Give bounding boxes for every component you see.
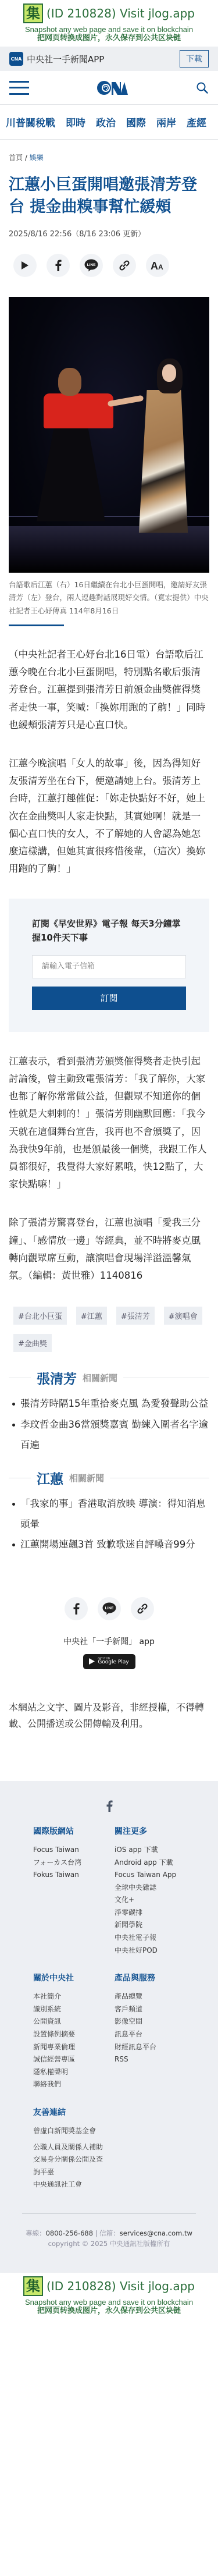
svg-text:LINE: LINE — [105, 1606, 113, 1610]
line-share-button[interactable]: LINE — [98, 1597, 121, 1620]
bottom-share-toolbar: LINE — [9, 1597, 209, 1620]
app-promo-text: 中央社「一手新聞」 app — [9, 1635, 209, 1647]
footer-link[interactable]: 全球中央雜誌 — [115, 1882, 196, 1894]
jlog-banner-bottom: 集 (ID 210828) Visit jlog.app Snapshot an… — [0, 2273, 218, 2319]
footer-col-about: 關於中央社 本社簡介 識別系統 公開資訊 設置條例摘要 新聞專業倫理 誠信經營專… — [33, 1972, 115, 2091]
footer-link[interactable]: Focus Taiwan App — [115, 1869, 196, 1882]
nav-item-realtime[interactable]: 即時 — [66, 115, 85, 129]
article-paragraph: 江蕙今晚演唱「女人的故事」後，因為得知好友張清芳坐在台下，便邀請她上台。張清芳上… — [9, 755, 209, 878]
tag[interactable]: #張清芳 — [116, 1307, 155, 1325]
gplay-big-text: Google Play — [98, 1660, 128, 1665]
footer-col-title: 友善連結 — [33, 2106, 103, 2118]
copy-link-button[interactable] — [113, 254, 136, 277]
site-footer: 國際版網站 Focus Taiwan フォーカス台湾 Fokus Taiwan … — [0, 1781, 218, 2273]
related-item[interactable]: 張清芳時隔15年重拾麥克風 為愛發聲助公益 — [12, 1393, 209, 1414]
footer-col-title: 關於中央社 — [33, 1972, 115, 1984]
related-news-chang: 張清芳 相關新聞 張清芳時隔15年重拾麥克風 為愛發聲助公益 李玟哲金曲36當頒… — [9, 1368, 209, 1455]
footer-col-title: 關注更多 — [115, 1825, 196, 1837]
copyright-notice: 本網站之文字、圖片及影音，非經授權，不得轉載、公開播送或公開傳輸及利用。 — [9, 1699, 209, 1732]
related-topic-name[interactable]: 張清芳 — [37, 1368, 77, 1388]
link-icon — [119, 260, 130, 271]
related-topic-name[interactable]: 江蕙 — [37, 1468, 63, 1488]
related-item[interactable]: 「我家的事」香港取消放映 導演：得知消息頭暈 — [12, 1493, 209, 1535]
singer-left-red-top — [44, 393, 113, 428]
newsletter-title: 訂閱《早安世界》電子報 每天3分鐘掌握10件天下事 — [32, 917, 186, 945]
divider — [123, 1378, 209, 1378]
stage-floor — [9, 526, 209, 573]
related-news-jiang: 江蕙 相關新聞 「我家的事」香港取消放映 導演：得知消息頭暈 江蕙開場連飆3首 … — [9, 1468, 209, 1555]
breadcrumb: 首頁 / 娛樂 — [9, 152, 209, 162]
related-label: 相關新聞 — [83, 1372, 117, 1384]
facebook-icon — [73, 1603, 80, 1615]
footer-link[interactable]: 公職人員及關係人補助交易身分關係公開及查詢平臺 — [33, 2141, 103, 2179]
footer-link[interactable]: 中央社電子報 — [115, 1932, 196, 1945]
article-paragraph: （中央社記者王心妤台北16日電）台語歌后江蕙今晚在台北小巨蛋開唱，特別點名歌后張… — [9, 646, 209, 734]
footer-col-title: 產品與服務 — [115, 1972, 196, 1984]
footer-link[interactable]: Fokus Taiwan — [33, 1869, 115, 1882]
subscribe-button[interactable]: 訂閱 — [32, 987, 186, 1010]
jlog-subtitle-en: Snapshot any web page and save it on blo… — [0, 2298, 218, 2307]
footer-link[interactable]: 訊息平台 — [115, 2028, 196, 2041]
facebook-share-button[interactable] — [47, 254, 70, 277]
related-header: 江蕙 相關新聞 — [9, 1468, 209, 1488]
related-item[interactable]: 江蕙開場連飆3首 致歉歌迷自評嗓音99分 — [12, 1534, 209, 1555]
svg-text:A: A — [158, 263, 163, 271]
nav-item-trump-tariff[interactable]: 川普關稅戰 — [6, 115, 55, 129]
footer-link[interactable]: 曾虛白新聞獎基金會 — [33, 2125, 103, 2138]
facebook-icon — [55, 260, 62, 271]
footer-col-international: 國際版網站 Focus Taiwan フォーカス台湾 Fokus Taiwan — [33, 1825, 115, 1957]
breadcrumb-separator: / — [25, 154, 27, 162]
footer-link[interactable]: 隱私權聲明 — [33, 2066, 115, 2079]
singer-right-coat — [135, 390, 192, 533]
nav-item-politics[interactable]: 政治 — [96, 115, 116, 129]
jlog-banner-top: 集 (ID 210828) Visit jlog.app Snapshot an… — [0, 0, 218, 47]
tag[interactable]: #台北小巨蛋 — [13, 1307, 67, 1325]
site-header — [0, 71, 218, 105]
footer-col-follow: 關注更多 iOS app 下載 Android app 下載 Focus Tai… — [115, 1825, 196, 1957]
newsletter-email-input[interactable] — [32, 955, 186, 978]
cna-logo[interactable] — [97, 80, 129, 95]
footer-link[interactable]: Android app 下載 — [115, 1857, 196, 1869]
article-title: 江蕙小巨蛋開唱邀張清芳登台 提金曲糗事幫忙緩頰 — [9, 174, 209, 218]
copyright-text: copyright © 2025 中央通訊社版權所有 — [0, 2238, 218, 2249]
line-icon: LINE — [102, 1602, 116, 1615]
article-paragraph: 江蕙表示，看到張清芳頒獎催得獎者走快引起討論後，曾主動致電張清芳：「我了解你，大… — [9, 1053, 209, 1194]
jlog-title-text: (ID 210828) Visit jlog.app — [47, 6, 195, 20]
link-icon — [137, 1603, 148, 1615]
email-address[interactable]: services@cna.com.tw — [120, 2229, 192, 2237]
line-icon: LINE — [84, 259, 98, 272]
play-icon — [21, 261, 29, 270]
jlog-title-text: (ID 210828) Visit jlog.app — [47, 2279, 195, 2293]
photo-caption: 台語歌后江蕙（右）16日繼續在台北小巨蛋開唱，邀請好友張清芳（左）登台，兩人逗趣… — [9, 579, 209, 618]
tag[interactable]: #金曲獎 — [13, 1334, 52, 1352]
svg-text:LINE: LINE — [87, 263, 96, 267]
footer-link[interactable]: 誠信經營專區 — [33, 2053, 115, 2066]
hamburger-icon[interactable] — [9, 81, 29, 95]
line-share-button[interactable]: LINE — [80, 254, 103, 277]
related-header: 張清芳 相關新聞 — [9, 1368, 209, 1388]
play-audio-button[interactable] — [13, 254, 37, 277]
footer-link[interactable]: フォーカス台湾 — [33, 1857, 115, 1869]
nav-item-economy[interactable]: 產經 — [187, 115, 206, 129]
article-photo[interactable] — [9, 297, 209, 573]
newsletter-subscribe: 訂閱《早安世界》電子報 每天3分鐘掌握10件天下事 訂閱 — [9, 899, 209, 1032]
footer-link[interactable]: 公開資訊 — [33, 2016, 115, 2028]
related-list: 「我家的事」香港取消放映 導演：得知消息頭暈 江蕙開場連飆3首 致歉歌迷自評嗓音… — [9, 1493, 209, 1555]
footer-link[interactable]: iOS app 下載 — [115, 1844, 196, 1857]
article-paragraph: 除了張清芳驚喜登台，江蕙也演唱「愛我三分鐘」、「感情放一邊」等經典，並不時將麥克… — [9, 1214, 209, 1285]
google-play-icon — [89, 1658, 95, 1665]
singer-right-face — [162, 364, 176, 382]
svg-text:A: A — [151, 260, 158, 271]
jlog-subtitle-cn: 把网页转换成图片，永久保存到公共区块链 — [0, 2307, 218, 2316]
app-download-banner: CNA 中央社一手新聞APP 下載 — [0, 47, 218, 71]
footer-contact: 專線：0800-256-688 | 信箱：services@cna.com.tw… — [0, 2228, 218, 2249]
article-main: 首頁 / 娛樂 江蕙小巨蛋開唱邀張清芳登台 提金曲糗事幫忙緩頰 2025/8/1… — [0, 152, 218, 1732]
jlog-badge-icon: 集 — [23, 3, 43, 23]
footer-link[interactable]: RSS — [115, 2053, 196, 2066]
footer-social — [0, 1800, 218, 1812]
footer-link[interactable]: 中央通訊社工會 — [33, 2178, 103, 2191]
breadcrumb-current[interactable]: 娛樂 — [30, 154, 44, 162]
jlog-badge-icon: 集 — [23, 2276, 43, 2296]
footer-link[interactable]: 新聞專業倫理 — [33, 2041, 115, 2054]
cna-app-logo-icon: CNA — [9, 52, 23, 66]
font-size-icon: AA — [151, 260, 165, 271]
tag-list: #台北小巨蛋 #江蕙 #張清芳 #演唱會 #金曲獎 — [9, 1307, 209, 1352]
related-label: 相關新聞 — [69, 1472, 104, 1484]
article-time: 2025/8/16 22:56（8/16 23:06 更新） — [9, 228, 209, 239]
breadcrumb-home[interactable]: 首頁 — [9, 154, 23, 162]
jlog-subtitle-en: Snapshot any web page and save it on blo… — [0, 26, 218, 34]
footer-link[interactable]: 客戶頻道 — [115, 2003, 196, 2016]
footer-link[interactable]: Focus Taiwan — [33, 1844, 115, 1857]
nav-item-international[interactable]: 國際 — [126, 115, 146, 129]
jlog-title[interactable]: 集 (ID 210828) Visit jlog.app — [0, 3, 218, 23]
footer-divider — [22, 2213, 196, 2214]
footer-col-title: 國際版網站 — [33, 1825, 115, 1837]
copy-link-button[interactable] — [131, 1597, 154, 1620]
facebook-share-button[interactable] — [65, 1597, 88, 1620]
tag[interactable]: #江蕙 — [76, 1307, 107, 1325]
search-icon[interactable] — [196, 81, 209, 94]
footer-link[interactable]: 影像空間 — [115, 2016, 196, 2028]
footer-link[interactable]: 識別系統 — [33, 2003, 115, 2016]
singer-left-skirt — [37, 428, 105, 521]
nav-item-cross-strait[interactable]: 兩岸 — [156, 115, 176, 129]
tag[interactable]: #演唱會 — [164, 1307, 202, 1325]
share-toolbar: LINE AA — [9, 254, 209, 277]
hotline-label: 專線： — [26, 2229, 46, 2237]
category-nav: 川普關稅戰 即時 政治 國際 兩岸 產經 — [0, 105, 218, 140]
footer-link[interactable]: 中央社好POD — [115, 1945, 196, 1957]
footer-col-friendly-links: 友善連結 曾虛白新聞獎基金會 公職人員及關係人補助交易身分關係公開及查詢平臺 中… — [33, 2106, 103, 2191]
footer-link[interactable]: 本社簡介 — [33, 1990, 115, 2003]
divider — [9, 1478, 31, 1478]
app-name: 中央社一手新聞APP — [27, 53, 180, 65]
singer-left-head — [58, 368, 81, 396]
email-label: 信箱： — [99, 2229, 120, 2237]
contact-separator: | — [93, 2229, 99, 2237]
footer-link[interactable]: 文化+ — [115, 1894, 196, 1907]
facebook-icon[interactable] — [106, 1800, 113, 1812]
google-play-button[interactable]: GET IT ON Google Play — [83, 1654, 135, 1669]
divider — [110, 1478, 209, 1478]
footer-columns: 國際版網站 Focus Taiwan フォーカス台湾 Fokus Taiwan … — [0, 1825, 218, 2206]
related-list: 張清芳時隔15年重拾麥克風 為愛發聲助公益 李玟哲金曲36當頒獎嘉賓 勤練入圍者… — [9, 1393, 209, 1455]
jlog-title[interactable]: 集 (ID 210828) Visit jlog.app — [0, 2276, 218, 2296]
footer-link[interactable]: 淨零碳排 — [115, 1907, 196, 1919]
cna-logo-icon — [97, 80, 129, 95]
footer-col-products: 產品與服務 產品總覽 客戶頻道 影像空間 訊息平台 財經訊息平台 RSS — [115, 1972, 196, 2091]
caption-divider — [9, 625, 64, 626]
related-item[interactable]: 李玟哲金曲36當頒獎嘉賓 勤練入圍者名字逾百遍 — [12, 1414, 209, 1456]
footer-link[interactable]: 產品總覽 — [115, 1990, 196, 2003]
hotline-number[interactable]: 0800-256-688 — [46, 2229, 93, 2237]
footer-link[interactable]: 設置條例摘要 — [33, 2028, 115, 2041]
download-button[interactable]: 下載 — [180, 50, 209, 68]
footer-link[interactable]: 新聞學院 — [115, 1919, 196, 1932]
font-size-button[interactable]: AA — [146, 254, 169, 277]
divider — [9, 1378, 31, 1378]
footer-link[interactable]: 聯絡我們 — [33, 2078, 115, 2091]
jlog-subtitle-cn: 把网页转换成图片，永久保存到公共区块链 — [0, 34, 218, 43]
footer-link[interactable]: 財經訊息平台 — [115, 2041, 196, 2054]
